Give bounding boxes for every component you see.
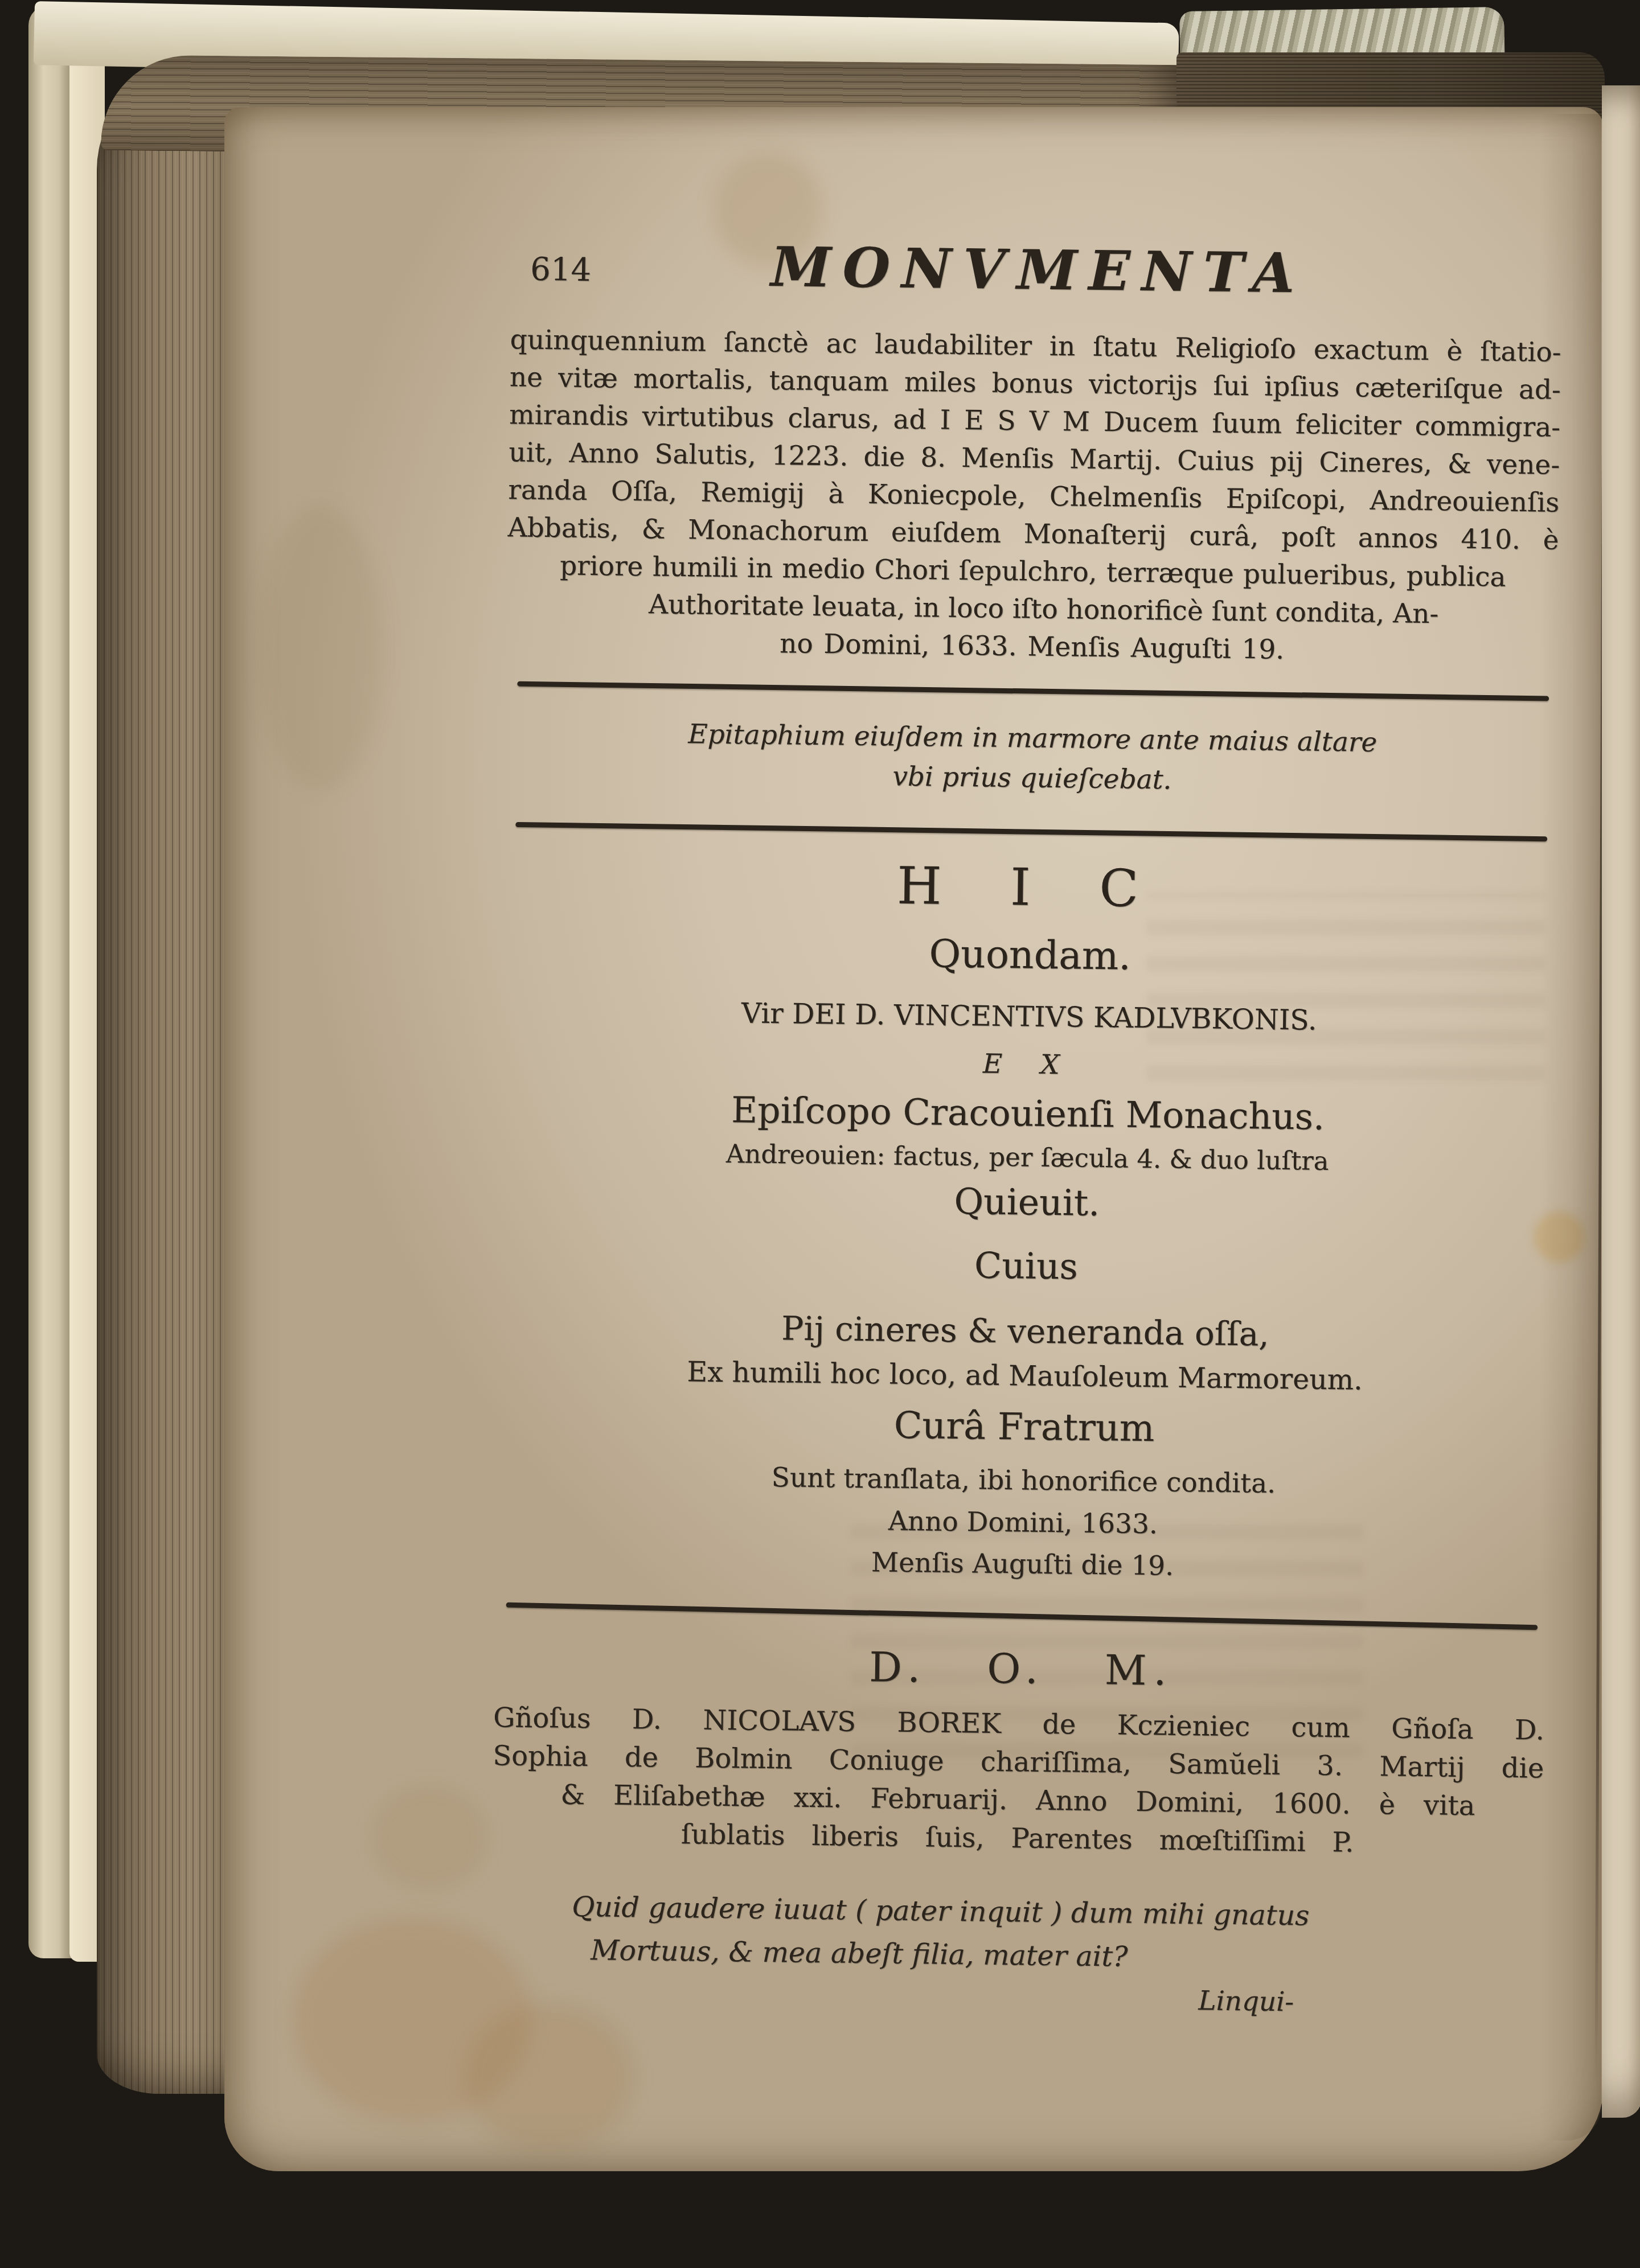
foxing-stain (464, 2003, 634, 2151)
epitaph-caption: Epitaphium eiuſdem in marmore ante maius… (487, 712, 1577, 805)
foxing-stain (372, 1786, 486, 1889)
epitaph-line: Menſis Auguſti die 19. (478, 1542, 1567, 1588)
paragraph-line: ſublatis liberis ſuis, Parentes mœſtiſſi… (681, 1815, 1354, 1862)
epitaph-line: Ex humili hoc loco, ad Mauſoleum Marmore… (480, 1353, 1569, 1399)
page-text-block: 614 MONVMENTA quinquennium ſanctè ac lau… (473, 236, 1583, 2021)
dedication-paragraph: Gñoſus D. NICOLAVS BOREK de Kczieniec cu… (491, 1699, 1544, 1864)
epitaph-line: Curâ Fratrum (479, 1400, 1569, 1456)
foxing-stain (259, 506, 384, 790)
epitaph-line: Quieuit. (482, 1176, 1572, 1230)
facing-page-edge (1602, 85, 1640, 2118)
dom-heading: D. O. M. (477, 1638, 1566, 1699)
section-rule (515, 822, 1547, 841)
epitaph-line: E X (484, 1043, 1573, 1087)
epitaph-line: Anno Domini, 1633. (478, 1501, 1568, 1546)
section-rule (506, 1603, 1538, 1630)
book-cover-left-edge (28, 6, 72, 1958)
verse-couplet: Quid gaudere iuuat ( pater inquit ) dum … (571, 1885, 1563, 1984)
epitaph-line: Sunt tranſlata, ibi honorifice condita. (479, 1458, 1568, 1504)
epitaph-line: Epiſcopo Cracouienſi Monachus. (483, 1086, 1573, 1141)
epitaph-line: Pij cineres & veneranda oſſa, (481, 1306, 1570, 1357)
running-header: MONVMENTA (494, 231, 1583, 309)
epitaph-inscription: H I C Quondam. Vir DEI D. VINCENTIVS KAD… (478, 852, 1575, 1588)
epitaph-line: Vir DEI D. VINCENTIVS KADLVBKONIS. (485, 994, 1574, 1041)
epitaph-line: Quondam. (485, 926, 1575, 984)
section-rule (517, 681, 1549, 701)
epitaph-line: Cuius (482, 1239, 1571, 1294)
paragraph-line: no Domini, 1633. Menſis Auguſti 19. (780, 625, 1285, 669)
epitaph-line: Andreouien: factus, per ſæcula 4. & duo … (483, 1136, 1572, 1180)
epitaph-line: H I C (486, 852, 1576, 924)
page-header: 614 MONVMENTA (493, 236, 1583, 334)
body-paragraph: quinquennium ſanctè ac laudabiliter in ſ… (506, 321, 1561, 672)
